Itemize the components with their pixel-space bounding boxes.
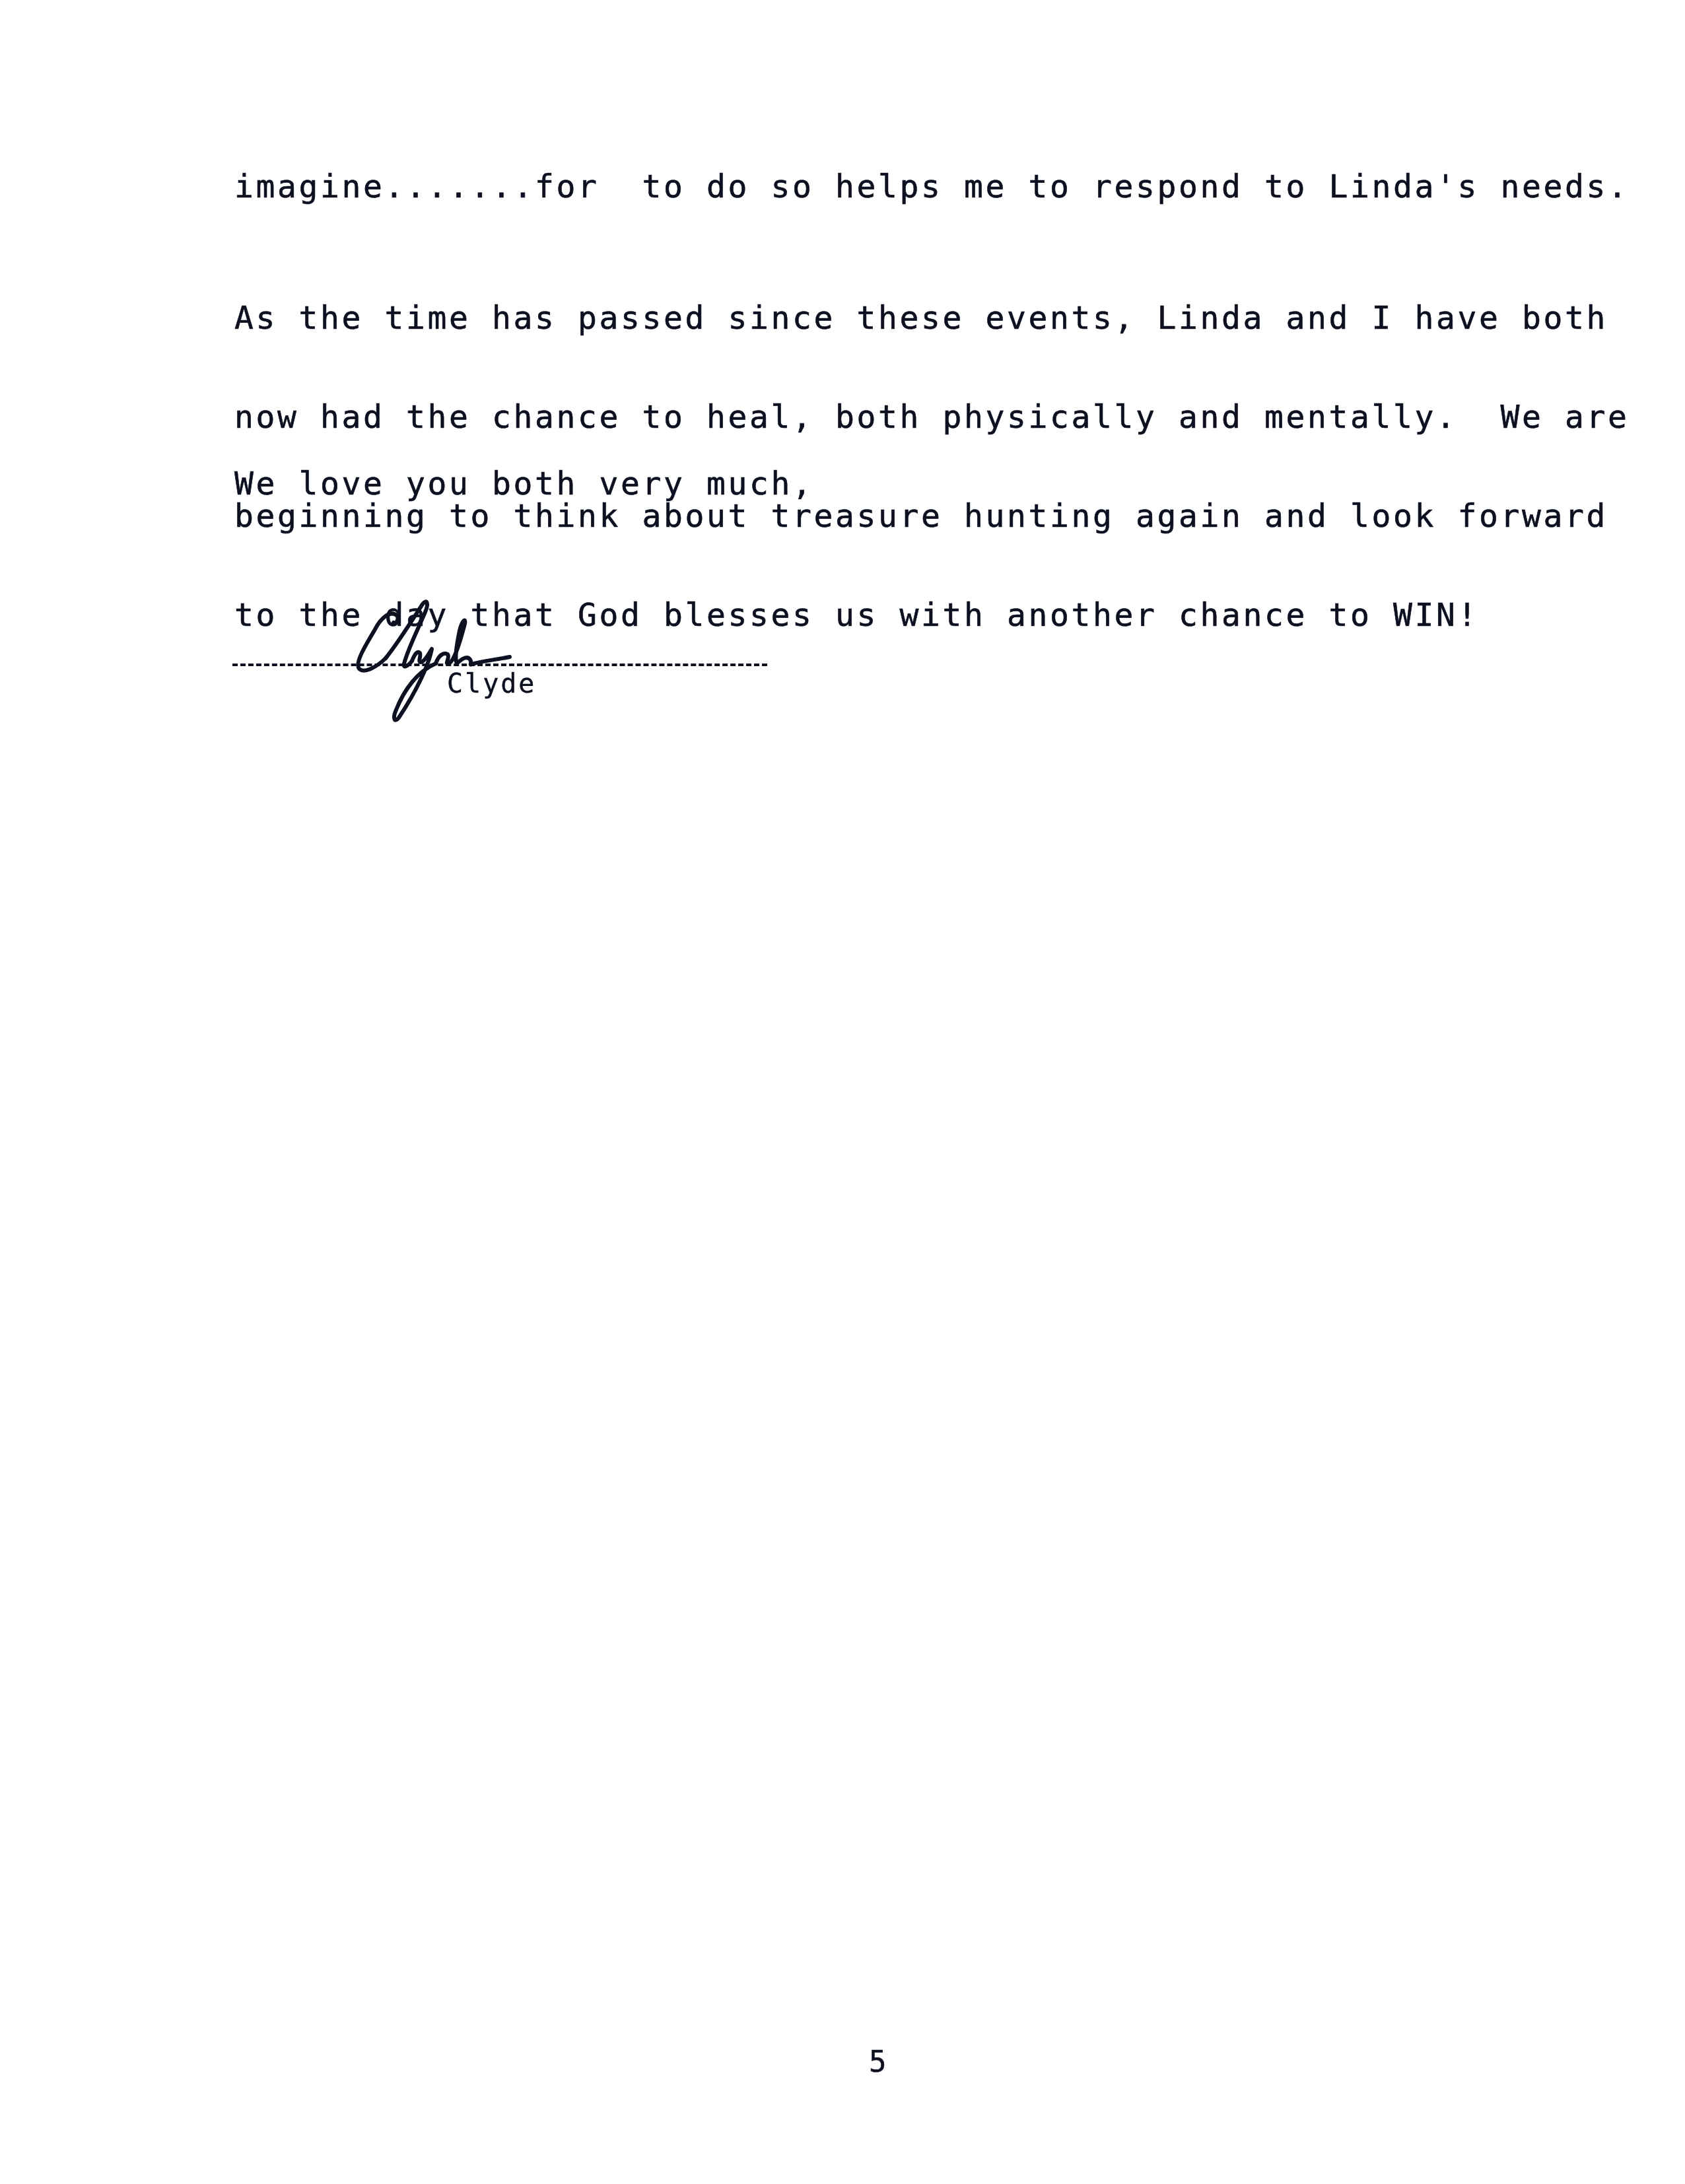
paragraph-line: beginning to think about treasure huntin… [234, 500, 1629, 533]
closing-salutation: We love you both very much, [234, 467, 813, 500]
signature-block: Clyde [232, 597, 774, 723]
handwritten-signature [351, 597, 576, 723]
typed-signature-name: Clyde [447, 669, 536, 699]
opening-line: imagine.......for to do so helps me to r… [234, 170, 1629, 203]
letter-page: imagine.......for to do so helps me to r… [0, 0, 1685, 2184]
paragraph-line: As the time has passed since these event… [234, 302, 1629, 335]
paragraph-line: now had the chance to heal, both physica… [234, 401, 1629, 434]
page-number: 5 [869, 2045, 887, 2079]
